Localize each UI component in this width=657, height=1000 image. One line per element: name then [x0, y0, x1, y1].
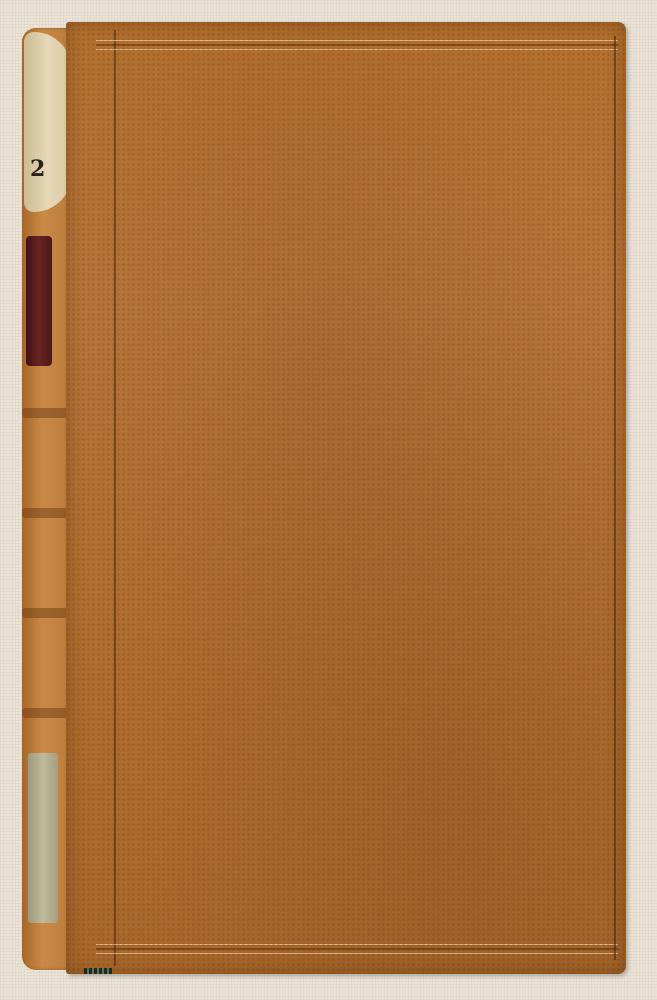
cover-fillet-bottom-dark [96, 948, 618, 950]
cover-fillet-right [614, 36, 616, 960]
spine-label-top [24, 32, 72, 212]
cover-fillet-bottom-2 [96, 953, 618, 954]
spine-title-label [26, 236, 52, 366]
volume-number: 2 [30, 156, 45, 182]
book: 2 [22, 22, 626, 974]
headband [84, 968, 112, 974]
cover-fillet-left [114, 30, 116, 966]
cover-fillet-top [96, 40, 618, 41]
cover-fillet-bottom [96, 944, 618, 945]
book-cover [66, 22, 626, 974]
cover-fillet-top-2 [96, 49, 618, 50]
spine-label-bottom [28, 753, 58, 923]
cover-fillet-top-dark [96, 44, 618, 46]
